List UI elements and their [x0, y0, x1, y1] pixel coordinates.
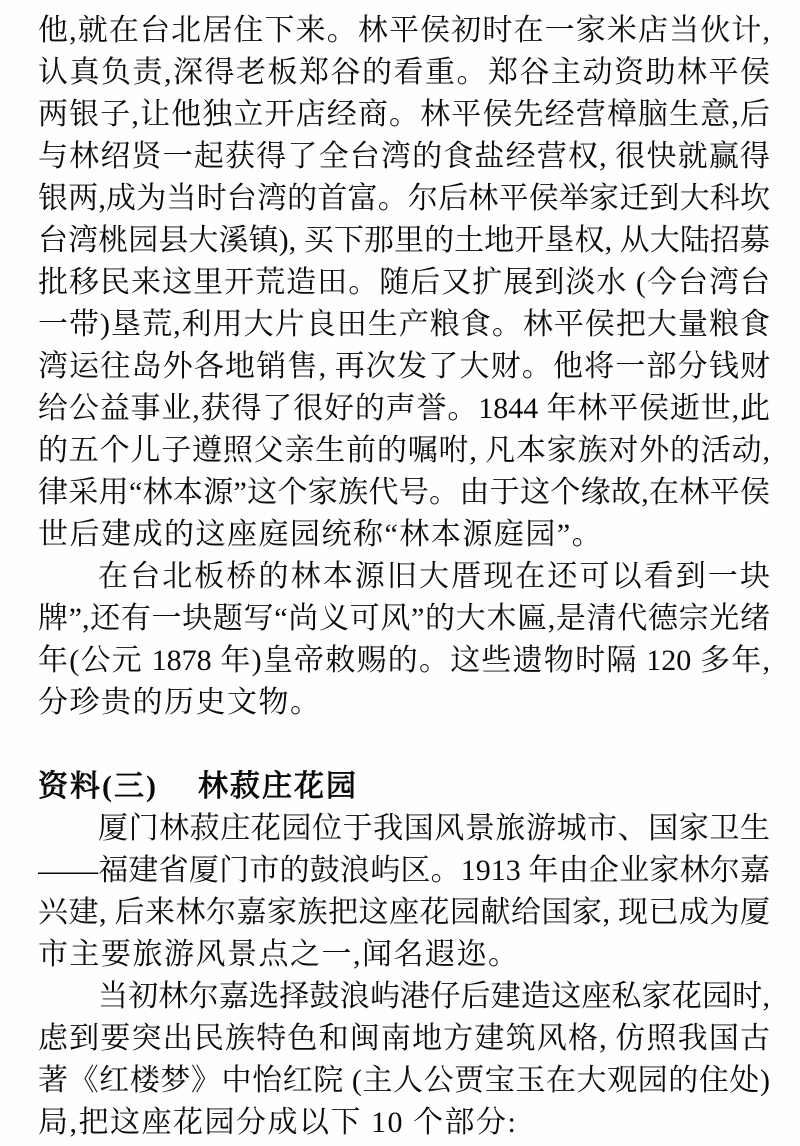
page-content: 他,就在台北居住下来。林平侯初时在一家米店当伙计,工作认真负责,深得老板郑谷的看… [38, 10, 770, 1144]
scanned-document-page: 他,就在台北居住下来。林平侯初时在一家米店当伙计,工作认真负责,深得老板郑谷的看… [0, 0, 800, 1146]
text-line: 牌”,还有一块题写“尚义可风”的大木匾,是清代德宗光绪四 [38, 598, 770, 640]
text-line: 分珍贵的历史文物。 [38, 682, 770, 724]
section-title: 林菽庄花园 [198, 770, 358, 803]
text-line: 著《红楼梦》中怡红院 (主人公贾宝玉在大观园的住处) 的格 [38, 1060, 770, 1102]
text-line: 当初林尔嘉选择鼓浪屿港仔后建造这座私家花园时, 考 [38, 976, 770, 1018]
text-line: 台湾桃园县大溪镇), 买下那里的土地开垦权, 从大陆招募大 [38, 220, 770, 262]
text-line: 与林绍贤一起获得了全台湾的食盐经营权, 很快就赢得大量 [38, 136, 770, 178]
text-line: ——福建省厦门市的鼓浪屿区。1913 年由企业家林尔嘉出资 [38, 850, 770, 892]
text-line: 银两,成为当时台湾的首富。尔后林平侯举家迁到大科坎(今 [38, 178, 770, 220]
text-line: 市主要旅游风景点之一,闻名遐迩。 [38, 934, 770, 976]
text-line: 批移民来这里开荒造田。随后又扩展到淡水 (今台湾台北市 [38, 262, 770, 304]
text-line: 虑到要突出民族特色和闽南地方建筑风格, 仿照我国古典名 [38, 1018, 770, 1060]
text-line: 两银子,让他独立开店经商。林平侯先经营樟脑生意,后来又 [38, 94, 770, 136]
text-line: 给公益事业,获得了很好的声誉。1844 年林平侯逝世,此后他 [38, 388, 770, 430]
text-line: 兴建, 后来林尔嘉家族把这座花园献给国家, 现已成为厦门 [38, 892, 770, 934]
text-line: 厦门林菽庄花园位于我国风景旅游城市、国家卫生城市 [38, 808, 770, 850]
text-line: 年(公元 1878 年)皇帝敕赐的。这些遗物时隔 120 多年,是十 [38, 640, 770, 682]
text-line: 局,把这座花园分成以下 10 个部分: [38, 1102, 770, 1144]
text-line: 湾运往岛外各地销售, 再次发了大财。他将一部分钱财捐献 [38, 346, 770, 388]
text-line: 世后建成的这座庭园统称“林本源庭园”。 [38, 514, 770, 556]
text-line: 的五个儿子遵照父亲生前的嘱咐, 凡本家族对外的活动, 一 [38, 430, 770, 472]
section-label: 资料(三) [38, 770, 158, 803]
text-line: 律采用“林本源”这个家族代号。由于这个缘故,在林平侯逝 [38, 472, 770, 514]
text-line: 认真负责,深得老板郑谷的看重。郑谷主动资助林平侯 1000 [38, 52, 770, 94]
section-heading: 资料(三)林菽庄花园 [38, 766, 770, 808]
text-line: 一带)垦荒,利用大片良田生产粮食。林平侯把大量粮食由台 [38, 304, 770, 346]
text-line: 他,就在台北居住下来。林平侯初时在一家米店当伙计,工作 [38, 10, 770, 52]
paragraph-spacer [38, 724, 770, 766]
text-line: 在台北板桥的林本源旧大厝现在还可以看到一块 “圣旨 [38, 556, 770, 598]
